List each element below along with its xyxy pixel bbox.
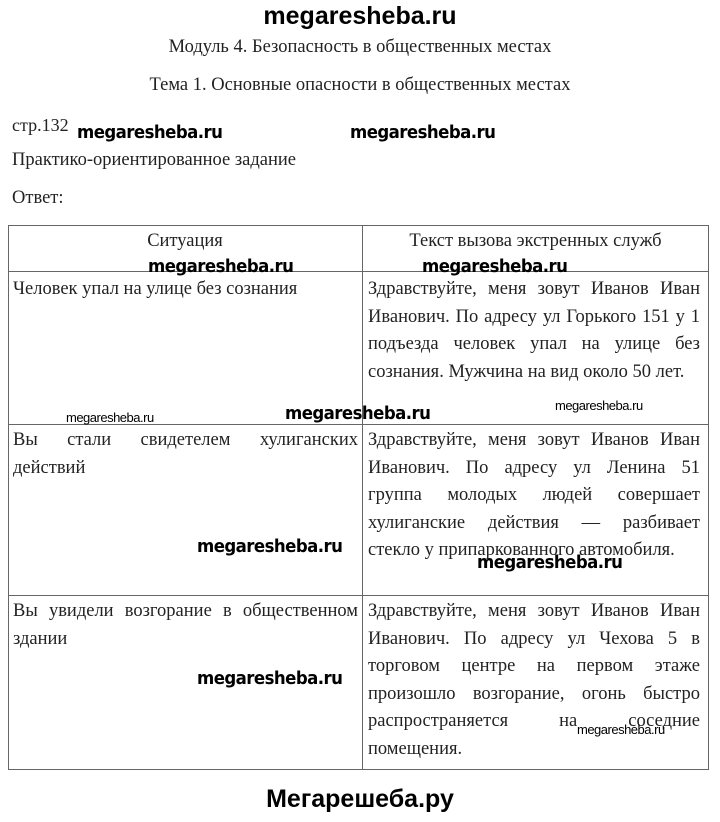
answer-label: Ответ: [12,188,64,209]
table-cell-situation: Человек упал на улице без сознания [13,276,358,304]
watermark: megaresheba.ru [148,256,293,277]
module-title: Модуль 4. Безопасность в общественных ме… [0,37,720,58]
topic-title: Тема 1. Основные опасности в общественны… [0,75,720,96]
row-divider [8,595,709,596]
watermark: megaresheba.ru [197,536,342,557]
watermark: megaresheba.ru [350,122,495,143]
table-cell-situation: Вы стали свидетелем хулиганских действий [13,427,358,482]
column-header-call-text: Текст вызова экстренных служб [362,231,709,252]
watermark: megaresheba.ru [477,552,622,573]
footer-site-title: Мегарешеба.ру [0,785,720,814]
table-cell-call-text: Здравствуйте, меня зовут Иванов Иван Ива… [368,427,700,565]
watermark: megaresheba.ru [285,403,430,424]
watermark: megaresheba.ru [77,122,222,143]
watermark: megaresheba.ru [555,398,643,413]
task-label: Практико-ориентированное задание [12,150,296,171]
column-header-situation: Ситуация [8,231,362,252]
watermark: megaresheba.ru [197,668,342,689]
watermark: megaresheba.ru [422,256,567,277]
watermark: megaresheba.ru [577,722,665,737]
table-cell-situation: Вы увидели возгорание в общественном зда… [13,598,358,653]
header-row-divider [8,271,709,272]
column-divider [362,225,363,770]
watermark: megaresheba.ru [66,410,154,425]
table-cell-call-text: Здравствуйте, меня зовут Иванов Иван Ива… [368,598,700,763]
site-title: megaresheba.ru [0,2,720,31]
table-cell-call-text: Здравствуйте, меня зовут Иванов Иван Ива… [368,276,700,386]
page-reference: стр.132 [12,115,69,136]
